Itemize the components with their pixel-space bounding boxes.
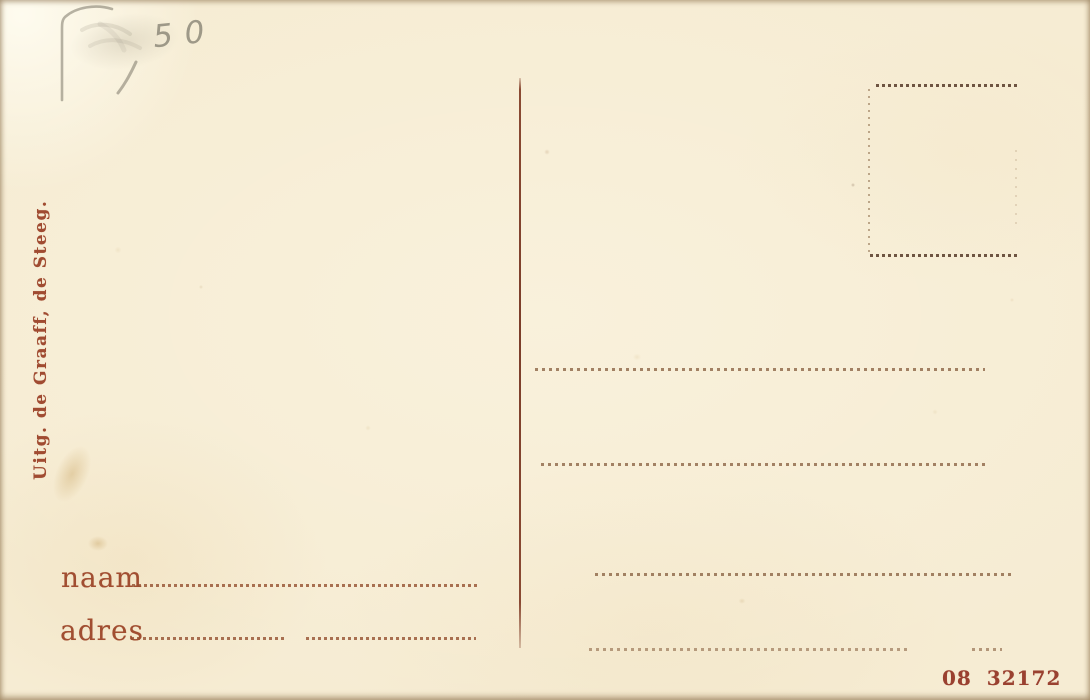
- address-label-dotted-line-1: [131, 637, 287, 640]
- address-label: adres: [60, 614, 144, 647]
- stamp-box: [868, 84, 1017, 257]
- scanned-postcard-back: 50 Uitg. de Graaff, de Steeg. naam adres…: [0, 0, 1090, 700]
- name-label: naam: [61, 561, 143, 594]
- pencil-stroke-hook: [62, 7, 112, 100]
- pencil-stroke-comma: [118, 62, 136, 93]
- address-label-dotted-line-2: [306, 637, 476, 640]
- address-dotted-line-1: [535, 368, 985, 371]
- stamp-box-left-border: [868, 89, 870, 252]
- stamp-box-top-border: [876, 84, 1017, 87]
- address-dotted-line-3: [595, 573, 1013, 576]
- serial-number: 08 32172: [942, 666, 1061, 690]
- address-dotted-line-2: [541, 463, 988, 466]
- publisher-imprint: Uitg. de Graaff, de Steeg.: [31, 246, 53, 480]
- stamp-box-right-border: [1015, 144, 1017, 224]
- name-dotted-line: [132, 584, 480, 587]
- pencil-price-note: 50: [151, 13, 218, 55]
- paper-stain-spot: [88, 536, 108, 551]
- message-address-divider-line: [519, 78, 521, 648]
- stamp-box-bottom-border: [870, 254, 1017, 257]
- pencil-stroke-scribble-2: [90, 40, 140, 48]
- address-dotted-line-4-end: [972, 648, 1002, 651]
- address-dotted-line-4: [589, 648, 907, 651]
- pencil-strokes: [0, 0, 260, 130]
